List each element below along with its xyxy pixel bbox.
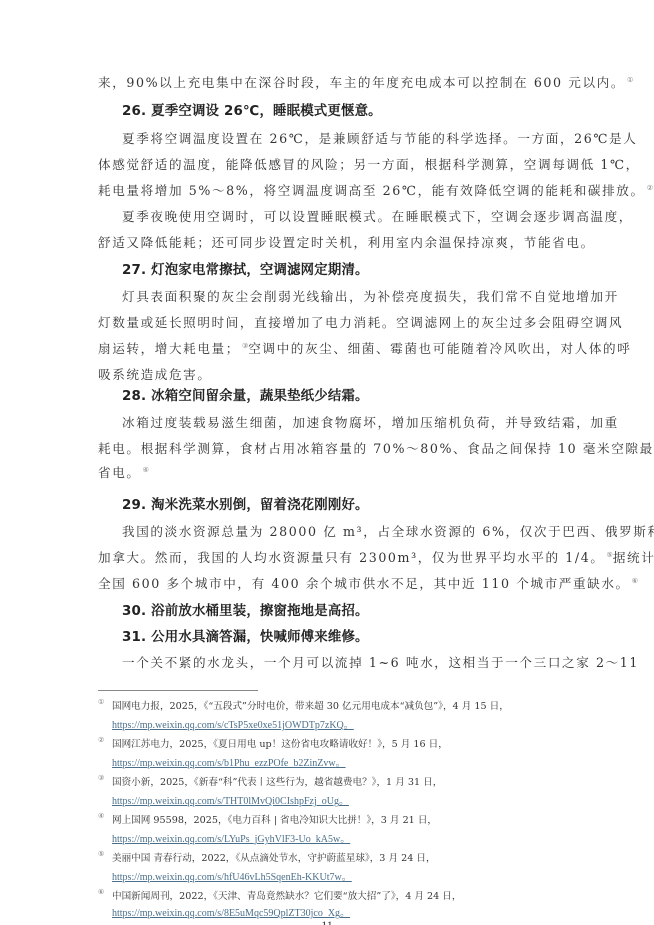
section-heading-30: 30. 浴前放水桶里装，擦窗拖地是高招。 bbox=[122, 600, 369, 619]
footnote-mark: ⑤ bbox=[98, 850, 112, 858]
footnote-2: ②国网江苏电力，2025，《夏日用电 up！这份省电攻略请收好！》，5 月 16… bbox=[98, 736, 448, 750]
body-line: 体感觉舒适的温度，能降低感冒的风险；另一方面，根据科学测算，空调每调低 1℃， bbox=[98, 154, 562, 173]
body-line: 省电。④ bbox=[98, 462, 562, 481]
footnote-divider bbox=[98, 690, 258, 691]
body-line: 灯具表面积聚的灰尘会削弱光线输出，为补偿亮度损失，我们常不自觉地增加开 bbox=[122, 286, 562, 305]
footnote-mark: ① bbox=[98, 698, 112, 706]
footnote-mark: ④ bbox=[98, 812, 112, 820]
footnote-6-link[interactable]: https://mp.weixin.qq.com/s/8E5uMqc59QplZ… bbox=[112, 904, 350, 919]
footnote-4: ④网上国网 95598，2025，《电力百科 | 省电冷知识大比拼！》，3 月 … bbox=[98, 812, 437, 826]
body-line: 舒适又降低能耗；还可同步设置定时关机，利用室内余温保持凉爽，节能省电。 bbox=[98, 232, 562, 251]
body-line: 耗电量将增加 5%～8%，将空调温度调高至 26℃，能有效降低空调的能耗和碳排放… bbox=[98, 180, 562, 199]
body-line: 全国 600 多个城市中，有 400 余个城市供水不足，其中近 110 个城市严… bbox=[98, 573, 562, 592]
body-line: 灯数量或延长照明时间，直接增加了电力消耗。空调滤网上的灰尘过多会阻碍空调风 bbox=[98, 312, 562, 331]
footnote-mark: ⑥ bbox=[98, 888, 112, 896]
body-line: 吸系统造成危害。 bbox=[98, 364, 562, 383]
body-line: 一个关不紧的水龙头，一个月可以流掉 1~6 吨水，这相当于一个三口之家 2～11 bbox=[122, 652, 562, 671]
section-heading-27: 27. 灯泡家电常擦拭，空调滤网定期清。 bbox=[122, 259, 369, 278]
section-heading-31: 31. 公用水具滴答漏，快喊师傅来维修。 bbox=[122, 626, 369, 645]
footnote-1-link[interactable]: https://mp.weixin.qq.com/s/cTsP5xe0xe51j… bbox=[112, 716, 354, 731]
body-line: 扇运转，增大耗电量；③空调中的灰尘、细菌、霉菌也可能随着冷风吹出，对人体的呼 bbox=[98, 338, 562, 357]
body-line: 我国的淡水资源总量为 28000 亿 m³，占全球水资源的 6%，仅次于巴西、俄… bbox=[122, 521, 562, 540]
section-heading-29: 29. 淘米洗菜水别倒，留着浇花刚刚好。 bbox=[122, 494, 369, 513]
footnote-4-link[interactable]: https://mp.weixin.qq.com/s/LYuPs_jGyhVlF… bbox=[112, 830, 350, 845]
body-line: 冰箱过度装载易滋生细菌，加速食物腐坏，增加压缩机负荷，并导致结霜，加重 bbox=[122, 412, 562, 431]
footnote-ref[interactable]: ② bbox=[647, 184, 653, 192]
footnote-ref[interactable]: ① bbox=[627, 76, 633, 84]
document-page: 来，90%以上充电集中在深谷时段，车主的年度充电成本可以控制在 600 元以内。… bbox=[0, 0, 654, 925]
footnote-mark: ③ bbox=[98, 774, 112, 782]
footnote-3: ③国资小新，2025，《新春“科”代表丨这些行为，越省越费电？》，1 月 31 … bbox=[98, 774, 442, 788]
page-number: 11 bbox=[0, 918, 654, 925]
footnote-ref[interactable]: ④ bbox=[143, 466, 149, 474]
body-line: 加拿大。然而，我国的人均水资源量只有 2300m³，仅为世界平均水平的 1/4。… bbox=[98, 547, 562, 566]
footnote-5: ⑤美丽中国 青春行动，2022，《从点滴处节水，守护蔚蓝星球》，3 月 24 日… bbox=[98, 850, 436, 864]
footnote-1: ①国网电力报，2025，《“五段式”分时电价，带来超 30 亿元用电成本“减负包… bbox=[98, 698, 509, 712]
footnote-3-link[interactable]: https://mp.weixin.qq.com/s/THT0lMvQi0CIs… bbox=[112, 792, 349, 807]
footnote-5-link[interactable]: https://mp.weixin.qq.com/s/hfU46vLh5Sqen… bbox=[112, 868, 352, 883]
footnote-ref[interactable]: ⑥ bbox=[632, 577, 638, 585]
footnote-mark: ② bbox=[98, 736, 112, 744]
section-heading-28: 28. 冰箱空间留余量，蔬果垫纸少结霜。 bbox=[122, 385, 369, 404]
body-line: 来，90%以上充电集中在深谷时段，车主的年度充电成本可以控制在 600 元以内。… bbox=[98, 72, 562, 91]
body-line: 夏季夜晚使用空调时，可以设置睡眠模式。在睡眠模式下，空调会逐步调高温度， bbox=[122, 206, 562, 225]
section-heading-26: 26. 夏季空调设 26℃，睡眠模式更惬意。 bbox=[122, 100, 382, 119]
body-line: 耗电。根据科学测算，食材占用冰箱容量的 70%～80%、食品之间保持 10 毫米… bbox=[98, 438, 562, 457]
footnote-2-link[interactable]: https://mp.weixin.qq.com/s/b1Phu_ezzPOfe… bbox=[112, 754, 346, 769]
body-line: 夏季将空调温度设置在 26℃，是兼顾舒适与节能的科学选择。一方面，26℃是人 bbox=[122, 128, 562, 147]
footnote-6: ⑥中国新闻周刊，2022，《天津、青岛竟然缺水？它们要“放大招”了》，4 月 2… bbox=[98, 888, 462, 902]
